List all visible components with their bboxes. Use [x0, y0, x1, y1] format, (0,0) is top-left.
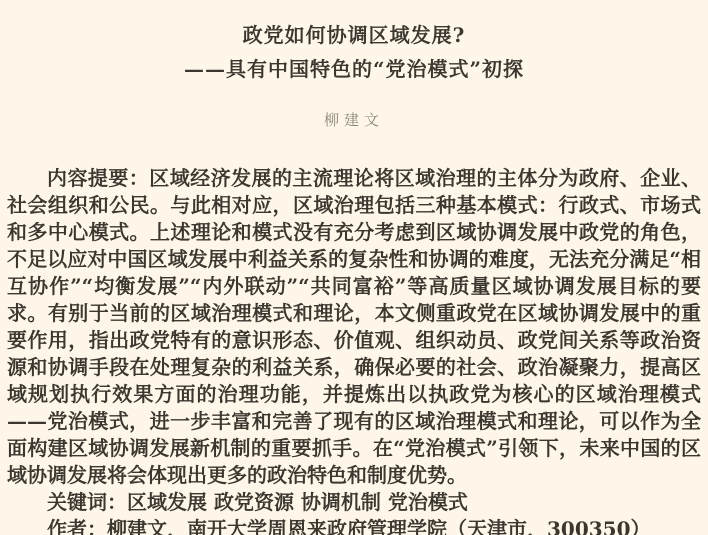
- abstract-text: 区域经济发展的主流理论将区域治理的主体分为政府、企业、社会组织和公民。与此相对应…: [7, 166, 701, 487]
- keywords-text: 区域发展 政党资源 协调机制 党治模式: [127, 490, 468, 514]
- abstract-paragraph: 内容提要：区域经济发展的主流理论将区域治理的主体分为政府、企业、社会组织和公民。…: [7, 165, 701, 489]
- abstract-label: 内容提要：: [47, 166, 149, 190]
- paper-title: 政党如何协调区域发展?: [7, 23, 701, 47]
- author-info-label: 作者：: [47, 517, 107, 535]
- paper-subtitle: ——具有中国特色的“党治模式”初探: [7, 57, 701, 81]
- author-info-text: 柳建文，南开大学周恩来政府管理学院（天津市，300350）: [107, 517, 651, 535]
- keywords-label: 关键词：: [47, 490, 127, 514]
- author-info-line: 作者：柳建文，南开大学周恩来政府管理学院（天津市，300350）: [7, 516, 701, 535]
- paper-author-byline: 柳建文: [7, 111, 701, 129]
- paper-first-page: 政党如何协调区域发展? ——具有中国特色的“党治模式”初探 柳建文 内容提要：区…: [0, 0, 708, 535]
- keywords-line: 关键词：区域发展 政党资源 协调机制 党治模式: [7, 489, 701, 516]
